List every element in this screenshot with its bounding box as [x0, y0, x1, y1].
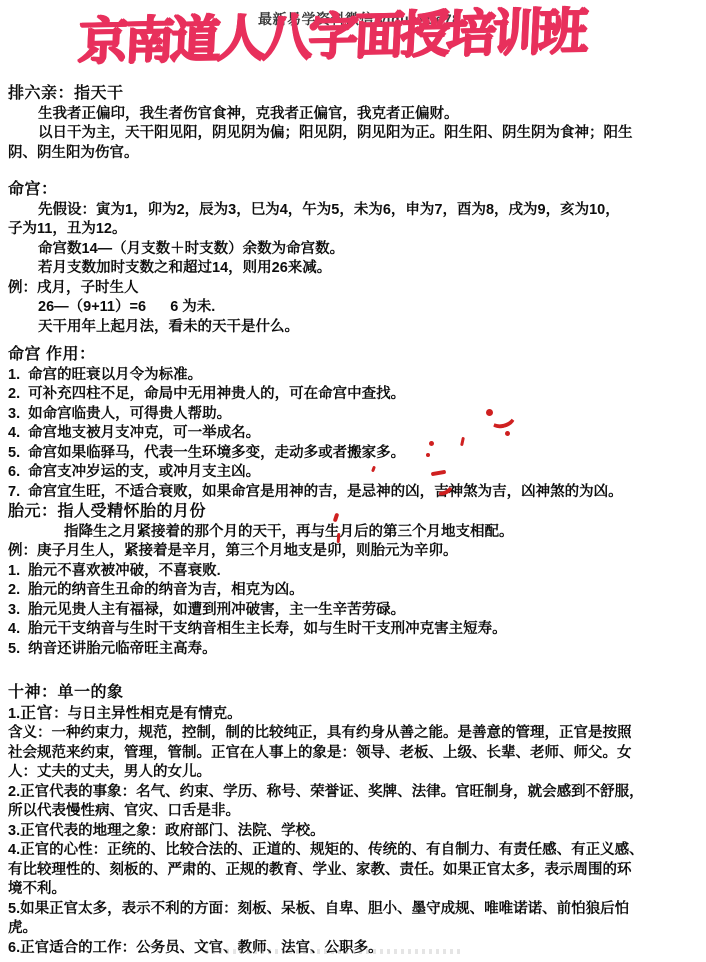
section-minggong: 命宫：先假设：寅为1，卯为2，辰为3，巳为4，午为5，未为6，申为7，酉为8，戌…	[8, 180, 701, 337]
text-run: 有比较理性的、刻板的、严肃的、正规的教育、学业、家教、责任。如果正官太多，表示周…	[8, 862, 632, 878]
text-run: 境不利。	[8, 881, 66, 897]
text-run: 所以代表慢性病、官灾、口舌是非。	[8, 803, 240, 819]
text-run: 1. 胎元不喜欢被冲破，不喜衰败.	[8, 563, 221, 579]
text-line: 命宫数14—（月支数＋时支数）余数为命宫数。	[8, 240, 701, 260]
text-run: 社会规范来约束，管理，管制。正官在人事上的象是：领导、老板、上级、长辈、老师、师…	[8, 745, 632, 761]
text-line: 若月支数加时支数之和超过14，则用26来减。	[8, 259, 701, 279]
text-run: 人：丈夫的丈夫，男人的女儿。	[8, 764, 211, 780]
section-minggong-zuoyong: 命宫 作用：1. 命宫的旺衰以月令为标准。2. 可补充四柱不足，命局中无用神贵人…	[8, 345, 701, 502]
text-line: 1. 胎元不喜欢被冲破，不喜衰败.	[8, 562, 701, 582]
text-line: 5.如果正官太多，表示不利的方面：刻板、呆板、自卑、胆小、墨守成规、唯唯诺诺、前…	[8, 900, 701, 920]
text-line: 2.正官代表的事象：名气、约束、学历、称号、荣誉证、奖牌、法律。官旺制身，就会感…	[8, 783, 701, 803]
text-line: 1.正官：与日主异性相克是有情克。	[8, 704, 701, 725]
text-run: 2. 胎元的纳音生丑命的纳音为吉，相克为凶。	[8, 582, 304, 598]
page-title: 京南道人八字面授培训班	[46, 0, 614, 76]
text-line: 命宫：	[8, 180, 701, 201]
text-run: 5. 命宫如果临驿马，代表一生环境多变，走动多或者搬家多。	[8, 445, 405, 461]
text-run: ：与日主异性相克是有情克。	[53, 706, 242, 722]
text-run: 生我者正偏印，我生者伤官食神，克我者正偏官，我克者正偏财。	[38, 106, 459, 122]
document-body: 排六亲：指天干生我者正偏印，我生者伤官食神，克我者正偏官，我克者正偏财。以日干为…	[8, 84, 701, 958]
text-run: 含义：一种约束力，规范，控制，制的比较纯正，具有约身从善之能。是善意的管理，正官…	[8, 725, 632, 741]
text-run: 3.正官代表的地理之象：政府部门、法院、学校。	[8, 823, 325, 839]
text-run: 5. 纳音还讲胎元临帝旺主高寿。	[8, 641, 217, 657]
text-line: 例：戌月，子时生人	[8, 279, 701, 299]
text-run: 虎。	[8, 920, 37, 936]
text-line: 4.正官的心性：正统的、比较合法的、正道的、规矩的、传统的、有自制力、有责任感、…	[8, 841, 701, 861]
text-run: 命宫：	[8, 181, 58, 198]
text-run: 7. 命宫宜生旺，不适合衰败，如果命宫是用神的吉，是忌神的凶，吉神煞为吉，凶神煞…	[8, 484, 623, 500]
text-line: 4. 命宫地支被月支冲克，可一举成名。	[8, 424, 701, 444]
text-run: 正官	[20, 705, 53, 722]
text-run: 4.正官的心性：正统的、比较合法的、正道的、规矩的、传统的、有自制力、有责任感、…	[8, 842, 644, 858]
text-line: 有比较理性的、刻板的、严肃的、正规的教育、学业、家教、责任。如果正官太多，表示周…	[8, 861, 701, 881]
text-line: 26—（9+11）=6 6 为未.	[8, 298, 701, 318]
section-liuqin: 排六亲：指天干生我者正偏印，我生者伤官食神，克我者正偏官，我克者正偏财。以日干为…	[8, 84, 701, 163]
text-run: 先假设：寅为1，卯为2，辰为3，巳为4，午为5，未为6，申为7，酉为8，戌为9，…	[38, 202, 620, 218]
text-line: 子为11，丑为12。	[8, 220, 701, 240]
text-line: 虎。	[8, 919, 701, 939]
text-line: 指降生之月紧接着的那个月的天干，再与生月后的第三个月地支相配。	[8, 523, 701, 543]
text-line: 十神：单一的象	[8, 683, 701, 704]
text-run: 26—（9+11）=6 6 为未.	[38, 299, 215, 315]
text-run: 2.正官代表的事象：名气、约束、学历、称号、荣誉证、奖牌、法律。官旺制身，就会感…	[8, 784, 644, 800]
section-taiyuan: 胎元：指人受精怀胎的月份指降生之月紧接着的那个月的天干，再与生月后的第三个月地支…	[8, 502, 701, 659]
text-line: 所以代表慢性病、官灾、口舌是非。	[8, 802, 701, 822]
text-line: 7. 命宫宜生旺，不适合衰败，如果命宫是用神的吉，是忌神的凶，吉神煞为吉，凶神煞…	[8, 483, 701, 503]
text-line: 以日干为主，天干阳见阳，阴见阴为偏；阳见阴，阴见阳为正。阳生阳、阴生阴为食神；阳…	[8, 124, 701, 144]
text-line: 5. 纳音还讲胎元临帝旺主高寿。	[8, 640, 701, 660]
text-line: 6. 命宫支冲岁运的支，或冲月支主凶。	[8, 463, 701, 483]
text-run: 子为11，丑为12。	[8, 221, 126, 237]
text-line: 生我者正偏印，我生者伤官食神，克我者正偏官，我克者正偏财。	[8, 105, 701, 125]
text-line: 3. 如命宫临贵人，可得贵人帮助。	[8, 405, 701, 425]
text-run: 若月支数加时支数之和超过14，则用26来减。	[38, 260, 331, 276]
text-run: 6. 命宫支冲岁运的支，或冲月支主凶。	[8, 464, 260, 480]
text-run: 1. 命宫的旺衰以月令为标准。	[8, 367, 202, 383]
text-line: 天干用年上起月法，看未的天干是什么。	[8, 318, 701, 338]
text-line: 社会规范来约束，管理，管制。正官在人事上的象是：领导、老板、上级、长辈、老师、师…	[8, 744, 701, 764]
text-line: 4. 胎元干支纳音与生时干支纳音相生主长寿，如与生时干支刑冲克害主短寿。	[8, 620, 701, 640]
text-line: 胎元：指人受精怀胎的月份	[8, 502, 701, 523]
text-run: 3. 如命宫临贵人，可得贵人帮助。	[8, 406, 231, 422]
text-line: 含义：一种约束力，规范，控制，制的比较纯正，具有约身从善之能。是善意的管理，正官…	[8, 724, 701, 744]
text-line: 5. 命宫如果临驿马，代表一生环境多变，走动多或者搬家多。	[8, 444, 701, 464]
text-run: 例：戌月，子时生人	[8, 280, 139, 296]
section-shishen: 十神：单一的象1.正官：与日主异性相克是有情克。含义：一种约束力，规范，控制，制…	[8, 683, 701, 958]
text-line: 2. 可补充四柱不足，命局中无用神贵人的，可在命宫中查找。	[8, 385, 701, 405]
text-run: 以日干为主，天干阳见阳，阴见阴为偏；阳见阴，阴见阳为正。阳生阳、阴生阴为食神；阳…	[38, 125, 633, 141]
text-run: 十神：单一的象	[8, 684, 124, 701]
text-run: 1.	[8, 706, 20, 722]
text-line: 境不利。	[8, 880, 701, 900]
text-run: 命宫数14—（月支数＋时支数）余数为命宫数。	[38, 241, 344, 257]
text-run: 胎元：指人受精怀胎的月份	[8, 503, 206, 520]
text-run: 阴、阴生阳为伤官。	[8, 145, 139, 161]
text-run: 天干用年上起月法，看未的天干是什么。	[38, 319, 299, 335]
text-run: 2. 可补充四柱不足，命局中无用神贵人的，可在命宫中查找。	[8, 386, 405, 402]
text-line: 例：庚子月生人，紧接着是辛月，第三个月地支是卯，则胎元为辛卯。	[8, 542, 701, 562]
text-run: 3. 胎元见贵人主有福禄，如遭到刑冲破害，主一生辛苦劳碌。	[8, 602, 405, 618]
text-run: 排六亲：指天干	[8, 85, 124, 102]
text-line: 3. 胎元见贵人主有福禄，如遭到刑冲破害，主一生辛苦劳碌。	[8, 601, 701, 621]
text-line: 先假设：寅为1，卯为2，辰为3，巳为4，午为5，未为6，申为7，酉为8，戌为9，…	[8, 201, 701, 221]
text-line: 1. 命宫的旺衰以月令为标准。	[8, 366, 701, 386]
text-run: 5.如果正官太多，表示不利的方面：刻板、呆板、自卑、胆小、墨守成规、唯唯诺诺、前…	[8, 901, 629, 917]
scan-artifact	[205, 949, 460, 954]
text-line: 阴、阴生阳为伤官。	[8, 144, 701, 164]
text-line: 命宫 作用：	[8, 345, 701, 366]
text-line: 3.正官代表的地理之象：政府部门、法院、学校。	[8, 822, 701, 842]
text-run: 4. 命宫地支被月支冲克，可一举成名。	[8, 425, 260, 441]
text-run: 例：庚子月生人，紧接着是辛月，第三个月地支是卯，则胎元为辛卯。	[8, 543, 458, 559]
text-run: 4. 胎元干支纳音与生时干支纳音相生主长寿，如与生时干支刑冲克害主短寿。	[8, 621, 507, 637]
text-line: 2. 胎元的纳音生丑命的纳音为吉，相克为凶。	[8, 581, 701, 601]
text-run: 命宫 作用：	[8, 346, 95, 363]
document-page: 最新易学资料微信 yiguoxue78 京南道人八字面授培训班 排六亲：指天干生…	[0, 0, 706, 962]
text-run: 指降生之月紧接着的那个月的天干，再与生月后的第三个月地支相配。	[64, 524, 514, 540]
text-line: 人：丈夫的丈夫，男人的女儿。	[8, 763, 701, 783]
text-line: 排六亲：指天干	[8, 84, 701, 105]
